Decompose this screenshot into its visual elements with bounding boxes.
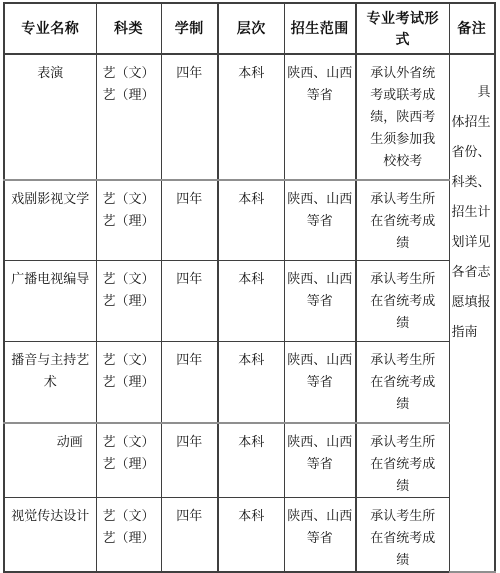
table-row: 戏剧影视文学艺（文） 艺（理）四年本科陕西、山西 等省承认考生所 在省统考成 绩	[4, 180, 495, 260]
cell-major: 播音与主持艺 术	[4, 341, 96, 423]
header-scope: 招生范围	[284, 3, 356, 54]
cell-exam: 承认考生所 在省统考成 绩	[356, 423, 449, 498]
cell-scope: 陕西、山西 等省	[284, 341, 356, 423]
table-body: 表演艺（文） 艺（理）四年本科陕西、山西 等省承认外省统 考或联考成 绩，陕西考…	[4, 54, 495, 572]
cell-exam: 承认考生所 在省统考成 绩	[356, 498, 449, 573]
table-row: 动画艺（文） 艺（理）四年本科陕西、山西 等省承认考生所 在省统考成 绩	[4, 423, 495, 498]
header-level: 层次	[218, 3, 284, 54]
cell-major: 戏剧影视文学	[4, 180, 96, 260]
header-duration: 学制	[161, 3, 218, 54]
cell-level: 本科	[218, 260, 284, 341]
cell-scope: 陕西、山西 等省	[284, 260, 356, 341]
table-row: 广播电视编导艺（文） 艺（理）四年本科陕西、山西 等省承认考生所 在省统考成 绩	[4, 260, 495, 341]
cell-major: 广播电视编导	[4, 260, 96, 341]
cell-level: 本科	[218, 498, 284, 573]
cell-duration: 四年	[161, 341, 218, 423]
cell-scope: 陕西、山西 等省	[284, 180, 356, 260]
cell-category: 艺（文） 艺（理）	[96, 54, 161, 180]
admissions-table: 专业名称 科类 学制 层次 招生范围 专业考试形 式 备注 表演艺（文） 艺（理…	[3, 2, 496, 573]
cell-duration: 四年	[161, 498, 218, 573]
header-category: 科类	[96, 3, 161, 54]
cell-duration: 四年	[161, 54, 218, 180]
cell-exam: 承认考生所 在省统考成 绩	[356, 341, 449, 423]
cell-level: 本科	[218, 180, 284, 260]
cell-scope: 陕西、山西 等省	[284, 423, 356, 498]
cell-level: 本科	[218, 341, 284, 423]
table-row: 播音与主持艺 术艺（文） 艺（理）四年本科陕西、山西 等省承认考生所 在省统考成…	[4, 341, 495, 423]
header-exam-form: 专业考试形 式	[356, 3, 449, 54]
cell-scope: 陕西、山西 等省	[284, 498, 356, 573]
header-remarks: 备注	[449, 3, 495, 54]
cell-category: 艺（文） 艺（理）	[96, 260, 161, 341]
cell-major: 视觉传达设计	[4, 498, 96, 573]
table-row: 表演艺（文） 艺（理）四年本科陕西、山西 等省承认外省统 考或联考成 绩，陕西考…	[4, 54, 495, 180]
cell-duration: 四年	[161, 180, 218, 260]
table-row: 视觉传达设计艺（文） 艺（理）四年本科陕西、山西 等省承认考生所 在省统考成 绩	[4, 498, 495, 573]
cell-category: 艺（文） 艺（理）	[96, 498, 161, 573]
header-major: 专业名称	[4, 3, 96, 54]
cell-category: 艺（文） 艺（理）	[96, 423, 161, 498]
table-header-row: 专业名称 科类 学制 层次 招生范围 专业考试形 式 备注	[4, 3, 495, 54]
cell-level: 本科	[218, 423, 284, 498]
cell-category: 艺（文） 艺（理）	[96, 180, 161, 260]
cell-major: 表演	[4, 54, 96, 180]
cell-category: 艺（文） 艺（理）	[96, 341, 161, 423]
cell-exam: 承认考生所 在省统考成 绩	[356, 180, 449, 260]
cell-exam: 承认考生所 在省统考成 绩	[356, 260, 449, 341]
cell-major: 动画	[4, 423, 96, 498]
cell-exam: 承认外省统 考或联考成 绩，陕西考 生须参加我 校校考	[356, 54, 449, 180]
cell-duration: 四年	[161, 423, 218, 498]
cell-level: 本科	[218, 54, 284, 180]
cell-duration: 四年	[161, 260, 218, 341]
cell-scope: 陕西、山西 等省	[284, 54, 356, 180]
remarks-cell: 具体招生省份、科类、招生计划详见各省志愿填报指南	[449, 54, 495, 572]
